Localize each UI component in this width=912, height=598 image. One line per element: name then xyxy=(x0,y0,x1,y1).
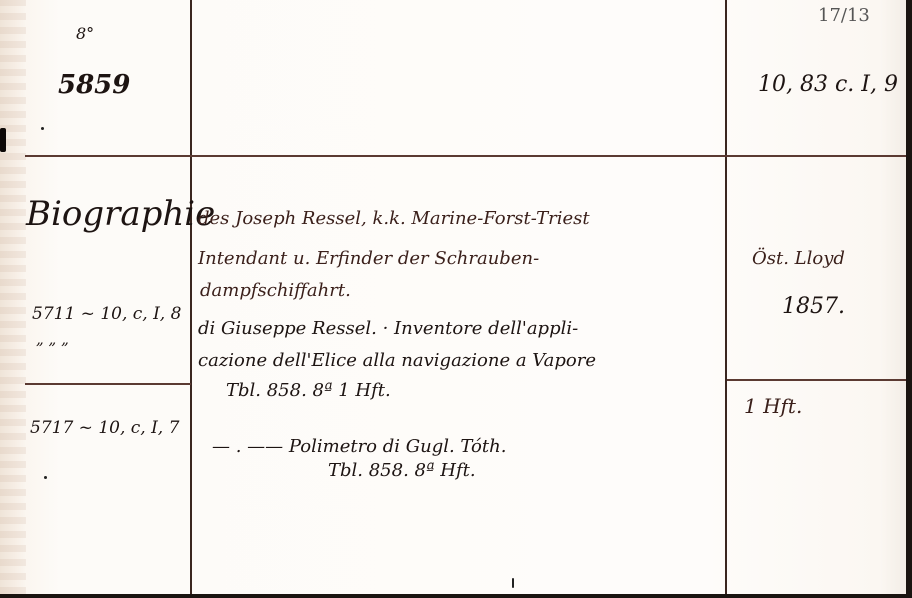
rule-left-column xyxy=(190,0,192,594)
entry-3-line-1: — . —— Polimetro di Gugl. Tóth. xyxy=(212,436,506,457)
rule-header xyxy=(25,155,906,157)
entry-1-year: 1857. xyxy=(782,294,845,319)
entry-1-line-2: Intendant u. Erfinder der Schrauben- xyxy=(198,248,539,269)
scan-border-bottom xyxy=(0,594,912,598)
entry-1-line-3: dampfschiffahrt. xyxy=(200,280,351,301)
entry-2-ditto: „ „ „ xyxy=(36,330,69,348)
entry-1-line-1: des Joseph Ressel, k.k. Marine-Forst-Tri… xyxy=(198,208,590,229)
entry-3-ref: 5717 ~ 10, c, I, 7 xyxy=(30,418,179,438)
ink-dot xyxy=(512,578,514,588)
card-left-edge xyxy=(0,0,26,594)
entry-2-line-1: di Giuseppe Ressel. · Inventore dell'app… xyxy=(198,318,578,339)
scan-border-right xyxy=(906,0,912,598)
entry-2-note: 1 Hft. xyxy=(744,394,802,418)
rule-right-entry xyxy=(727,379,906,381)
shelfmark: 10, 83 c. I, 9 xyxy=(758,72,898,97)
entry-1-publisher: Öst. Lloyd xyxy=(752,248,845,269)
call-number: 5859 xyxy=(58,70,130,100)
entry-2-line-3: Tbl. 858. 8ª 1 Hft. xyxy=(226,380,391,401)
ink-dot xyxy=(41,127,44,130)
binding-mark xyxy=(0,128,6,152)
rule-right-column xyxy=(725,0,727,594)
entry-2-line-2: cazione dell'Elice alla navigazione a Va… xyxy=(198,350,596,371)
format-label: 8° xyxy=(76,24,94,43)
subject-heading: Biographie xyxy=(26,194,215,234)
rule-left-entry xyxy=(25,383,191,385)
entry-3-line-2: Tbl. 858. 8ª Hft. xyxy=(328,460,476,481)
folio-number: 17/13 xyxy=(818,5,870,26)
entry-2-ref: 5711 ~ 10, c, I, 8 xyxy=(32,304,181,324)
catalog-card: 8° 5859 17/13 10, 83 c. I, 9 Biographie … xyxy=(0,0,906,594)
ink-dot xyxy=(44,476,47,479)
